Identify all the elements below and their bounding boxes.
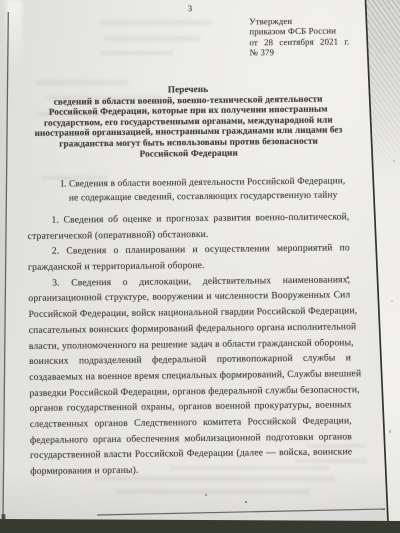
approval-block: Утвержден приказом ФСБ России от 28 сент… [249,15,349,57]
page-number: 3 [181,3,199,13]
approval-line: № 379 [250,46,350,57]
approval-line: от 28 сентября 2021 г. [249,36,349,47]
document-title: Перечень сведений в области военной, вое… [20,82,357,160]
section-heading-line: не содержащие сведений, составляющих гос… [43,188,363,206]
approval-line: приказом ФСБ России [249,26,349,37]
body-text: 1. Сведения об оценке и прогнозах развит… [27,209,352,479]
document-content: 3 Утвержден приказом ФСБ России от 28 се… [0,0,400,533]
body-line: формирования и органы). [30,460,352,479]
section-heading: I. Сведения в области военной деятельнос… [43,174,363,206]
photo-of-document: 3 Утвержден приказом ФСБ России от 28 се… [0,0,400,533]
